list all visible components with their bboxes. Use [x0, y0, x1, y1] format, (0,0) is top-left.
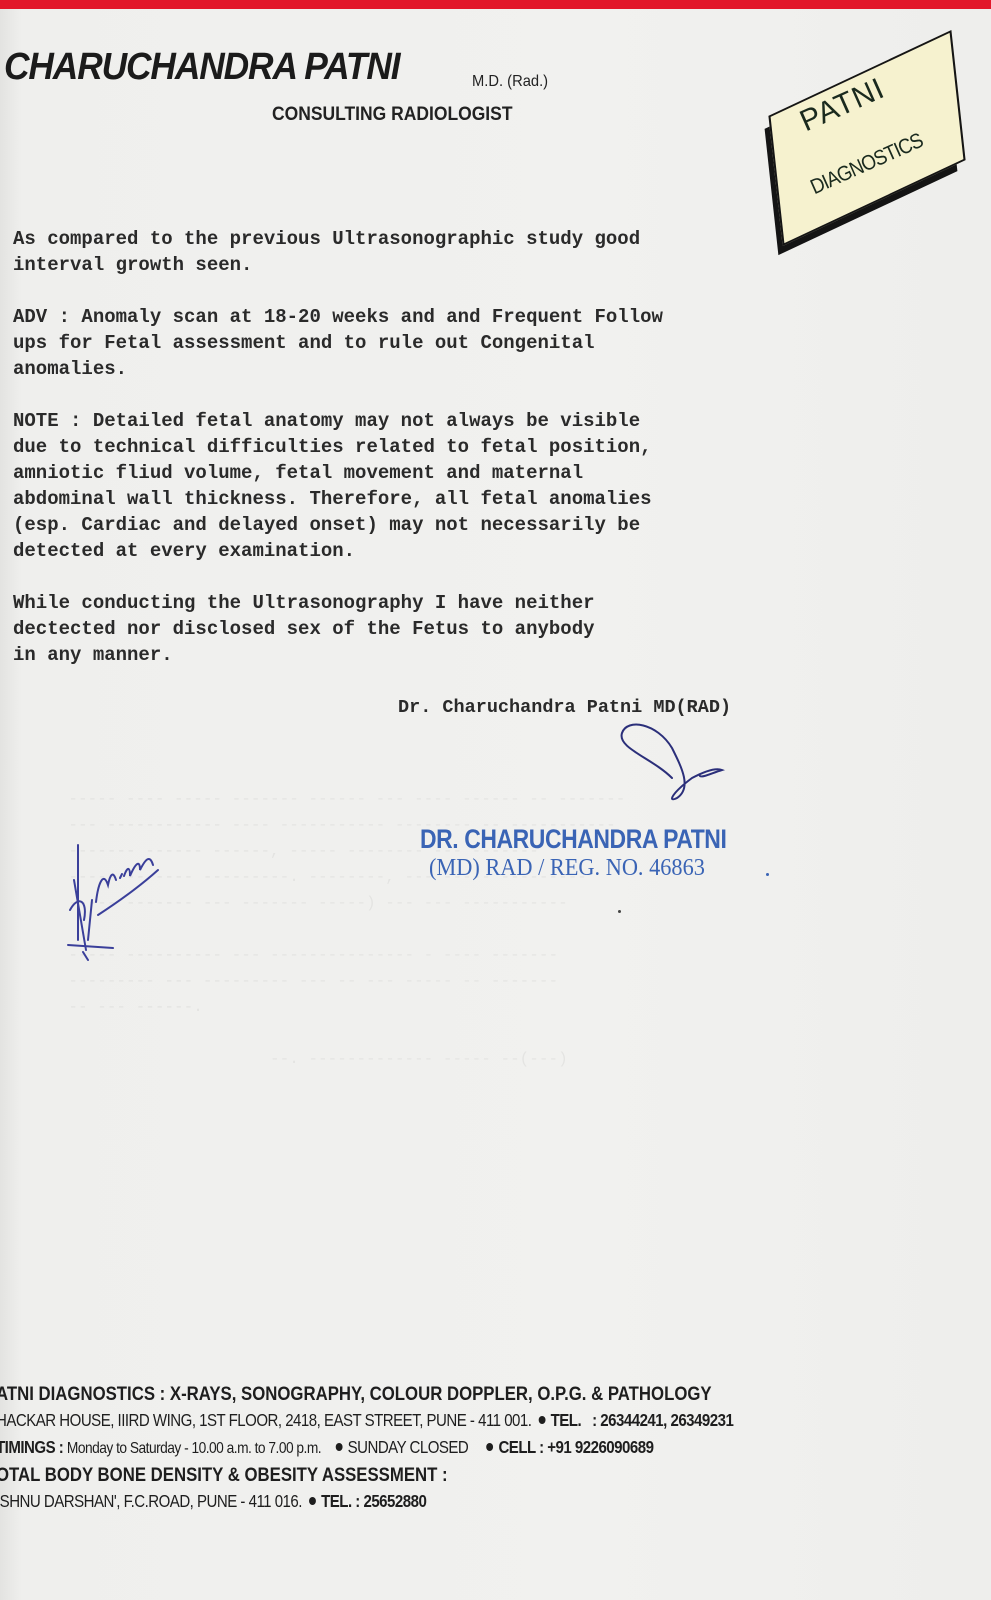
doctor-signature — [612, 718, 742, 808]
stamp-doctor-name: DR. CHARUCHANDRA PATNI — [420, 824, 726, 855]
letterhead-title: CONSULTING RADIOLOGIST — [272, 104, 513, 126]
footer-branch-tel: TEL. : 25652880 — [321, 1491, 426, 1511]
letterhead-red-band — [0, 0, 991, 9]
footer-services-list: X-RAYS, SONOGRAPHY, COLOUR DOPPLER, O.P.… — [170, 1383, 712, 1405]
footer-services: ATNI DIAGNOSTICS : X-RAYS, SONOGRAPHY, C… — [0, 1383, 733, 1410]
letterhead-doctor-name: CHARUCHANDRA PATNI — [4, 46, 399, 89]
footer-branch-address: ISHNU DARSHAN', F.C.ROAD, PUNE - 411 016… — [0, 1491, 302, 1511]
patni-diagnostics-logo: PATNI DIAGNOSTICS — [755, 30, 985, 250]
stamp-registration: (MD) RAD / REG. NO. 46863 — [429, 855, 756, 882]
footer-timings-text: Monday to Saturday - 10.00 a.m. to 7.00 … — [67, 1440, 321, 1457]
footer-services-label: ATNI DIAGNOSTICS : — [0, 1383, 170, 1405]
report-paragraph-declaration: While conducting the Ultrasonography I h… — [13, 590, 813, 668]
report-paragraph-note: NOTE : Detailed fetal anatomy may not al… — [13, 408, 813, 564]
footer-timings: TIMINGS : Monday to Saturday - 10.00 a.m… — [0, 1437, 733, 1464]
stamp-mark — [618, 910, 621, 913]
bullet-icon — [486, 1443, 493, 1451]
footer-cell-label: CELL : — [498, 1437, 543, 1457]
report-paragraph-advice: ADV : Anomaly scan at 18-20 weeks and an… — [13, 304, 813, 382]
footer-closed: SUNDAY CLOSED — [348, 1437, 469, 1457]
doctor-stamp: DR. CHARUCHANDRA PATNI (MD) RAD / REG. N… — [420, 824, 780, 882]
signatory-name: Dr. Charuchandra Patni MD(RAD) — [398, 697, 731, 718]
report-body: As compared to the previous Ultrasonogra… — [13, 226, 813, 694]
bullet-icon — [539, 1416, 546, 1424]
letterhead-degree: M.D. (Rad.) — [472, 73, 548, 91]
footer-tel: : 26344241, 26349231 — [592, 1410, 733, 1430]
bullet-icon — [336, 1443, 343, 1451]
footer-address: HACKAR HOUSE, IIIRD WING, 1ST FLOOR, 241… — [0, 1410, 733, 1437]
witness-signature — [58, 840, 178, 965]
footer-branch: ISHNU DARSHAN', F.C.ROAD, PUNE - 411 016… — [0, 1491, 733, 1518]
logo-card — [768, 30, 965, 246]
footer-branch-title: OTAL BODY BONE DENSITY & OBESITY ASSESSM… — [0, 1464, 733, 1491]
footer-timings-label: TIMINGS : — [0, 1437, 67, 1457]
letterhead-footer: ATNI DIAGNOSTICS : X-RAYS, SONOGRAPHY, C… — [0, 1383, 853, 1518]
document-page: CHARUCHANDRA PATNI M.D. (Rad.) CONSULTIN… — [0, 0, 991, 1600]
report-paragraph-growth: As compared to the previous Ultrasonogra… — [13, 226, 813, 278]
stamp-mark — [766, 873, 769, 876]
footer-address-text: HACKAR HOUSE, IIIRD WING, 1ST FLOOR, 241… — [0, 1410, 531, 1430]
bullet-icon — [309, 1497, 316, 1505]
footer-tel-label: TEL. — [551, 1410, 582, 1430]
footer-cell: +91 9226090689 — [547, 1437, 653, 1457]
